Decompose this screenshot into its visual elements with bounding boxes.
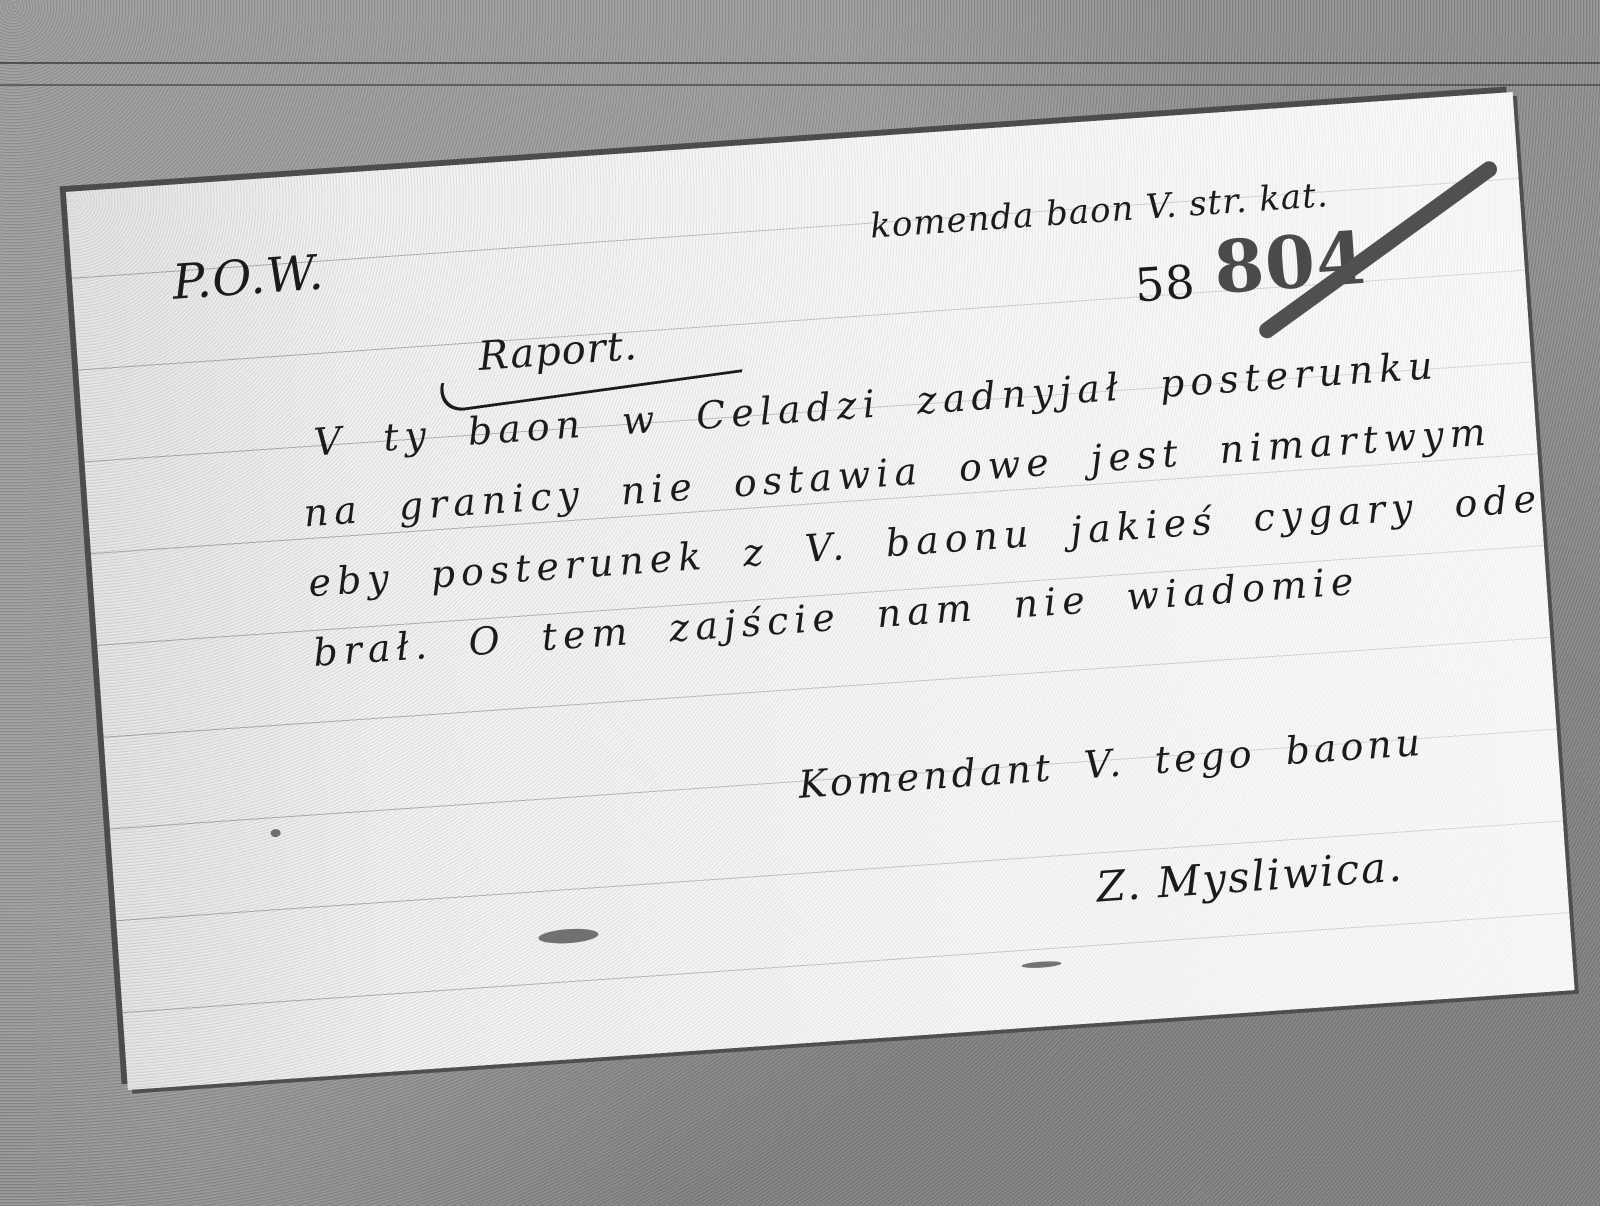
reference-number-small: 58 — [1133, 254, 1197, 312]
ink-smudge — [1021, 960, 1061, 969]
organization-mark: P.O.W. — [171, 244, 326, 310]
document-card: P.O.W. komenda baon V. str. kat. 58 804 … — [66, 92, 1575, 1090]
title-block: Raport. — [477, 323, 639, 380]
closing-line: Komendant V. tego baonu — [797, 720, 1425, 807]
signature: Z. Mysliwica. — [1095, 842, 1405, 912]
ink-smudge — [270, 829, 281, 838]
ink-smudge — [538, 927, 599, 945]
scan-line-second — [0, 84, 1600, 86]
scan-line-top — [0, 62, 1600, 64]
